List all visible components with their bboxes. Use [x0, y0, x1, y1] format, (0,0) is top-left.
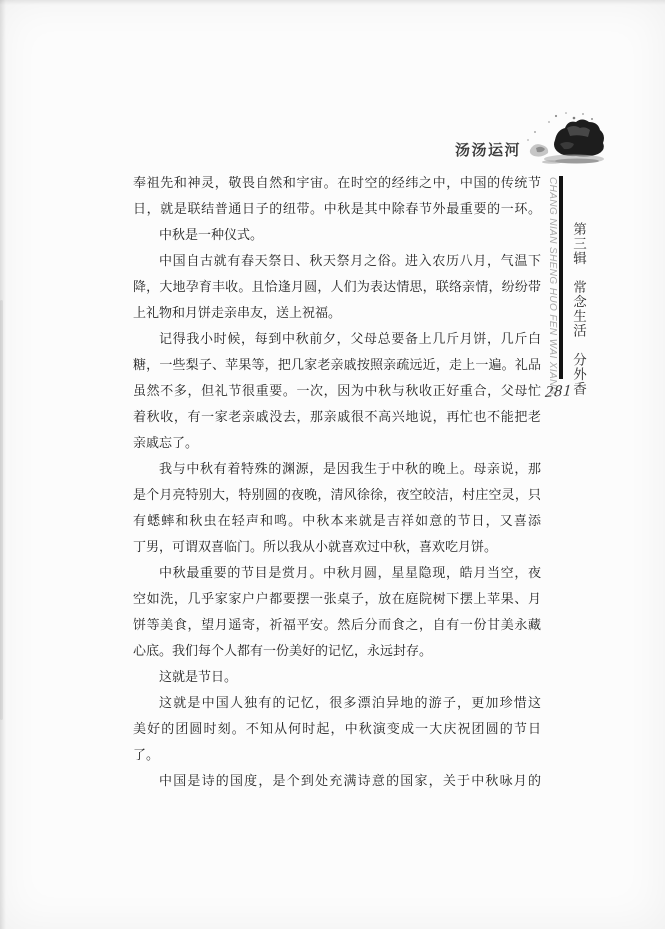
- text-line: 我与中秋有着特殊的渊源，是因我生于中秋的晚上。母亲说，那: [133, 456, 541, 482]
- text-line: 饼等美食，望月遥寄，祈福平安。然后分而食之，自有一份甘美永藏: [133, 612, 541, 638]
- text-line: 是个月亮特别大，特别圆的夜晚，清风徐徐，夜空皎洁，村庄空灵，只: [133, 482, 541, 508]
- sidebar-section-title: 第三辑 常念生活 分外香: [568, 222, 588, 396]
- text-line: 有蟋蟀和秋虫在轻声和鸣。中秋本来就是吉祥如意的节日，又喜添: [133, 508, 541, 534]
- text-line: 虽然不多，但礼节很重要。一次，因为中秋与秋收正好重合，父母忙: [133, 378, 541, 404]
- text-line: 心底。我们每个人都有一份美好的记忆，永远封存。: [133, 638, 541, 664]
- text-line: 中秋最重要的节目是赏月。中秋月圆，星星隐现，皓月当空，夜: [133, 560, 541, 586]
- text-line: 这就是中国人独有的记忆，很多漂泊异地的游子，更加珍惜这: [133, 690, 541, 716]
- sidebar-romanized-title: CHANG NIAN SHENG HUO FEN WAI XIANG: [546, 171, 558, 401]
- text-line: 中国自古就有春天祭日、秋天祭月之俗。进入农历八月，气温下: [133, 248, 541, 274]
- body-text: 奉祖先和神灵，敬畏自然和宇宙。在时空的经纬之中，中国的传统节 日，就是联结普通日…: [133, 170, 541, 794]
- text-line: 亲戚忘了。: [133, 430, 541, 456]
- ink-landscape-illustration: [522, 110, 610, 170]
- text-line: 了。: [133, 742, 541, 768]
- text-line: 糖，一些梨子、苹果等，把几家老亲戚按照亲疏远近，走上一遍。礼品: [133, 352, 541, 378]
- text-line: 丁男，可谓双喜临门。所以我从小就喜欢过中秋，喜欢吃月饼。: [133, 534, 541, 560]
- text-line: 上礼物和月饼走亲串友，送上祝福。: [133, 300, 541, 326]
- book-page: 汤汤运河 CHANG NIAN SHENG HUO FEN WAI XIANG …: [0, 0, 665, 929]
- text-line: 美好的团圆时刻。不知从何时起，中秋演变成一大庆祝团圆的节日: [133, 716, 541, 742]
- text-line: 着秋收，有一家老亲戚没去，那亲戚很不高兴地说，再忙也不能把老: [133, 404, 541, 430]
- text-line: 降，大地孕育丰收。且恰逢月圆，人们为表达情思，联络亲情，纷纷带: [133, 274, 541, 300]
- text-line: 中秋是一种仪式。: [133, 222, 541, 248]
- text-line: 这就是节日。: [133, 664, 541, 690]
- sidebar-divider-rule: [559, 176, 563, 379]
- text-line: 奉祖先和神灵，敬畏自然和宇宙。在时空的经纬之中，中国的传统节: [133, 170, 541, 196]
- text-line: 空如洗，几乎家家户户都要摆一张桌子，放在庭院树下摆上苹果、月: [133, 586, 541, 612]
- scan-artifact: [0, 300, 3, 720]
- text-line: 记得我小时候，每到中秋前夕，父母总要备上几斤月饼，几斤白: [133, 326, 541, 352]
- book-title: 汤汤运河: [455, 139, 521, 160]
- page-number: 281: [544, 382, 572, 402]
- text-line: 日，就是联结普通日子的纽带。中秋是其中除春节外最重要的一环。: [133, 196, 541, 222]
- text-line: 中国是诗的国度，是个到处充满诗意的国家，关于中秋咏月的: [133, 768, 541, 794]
